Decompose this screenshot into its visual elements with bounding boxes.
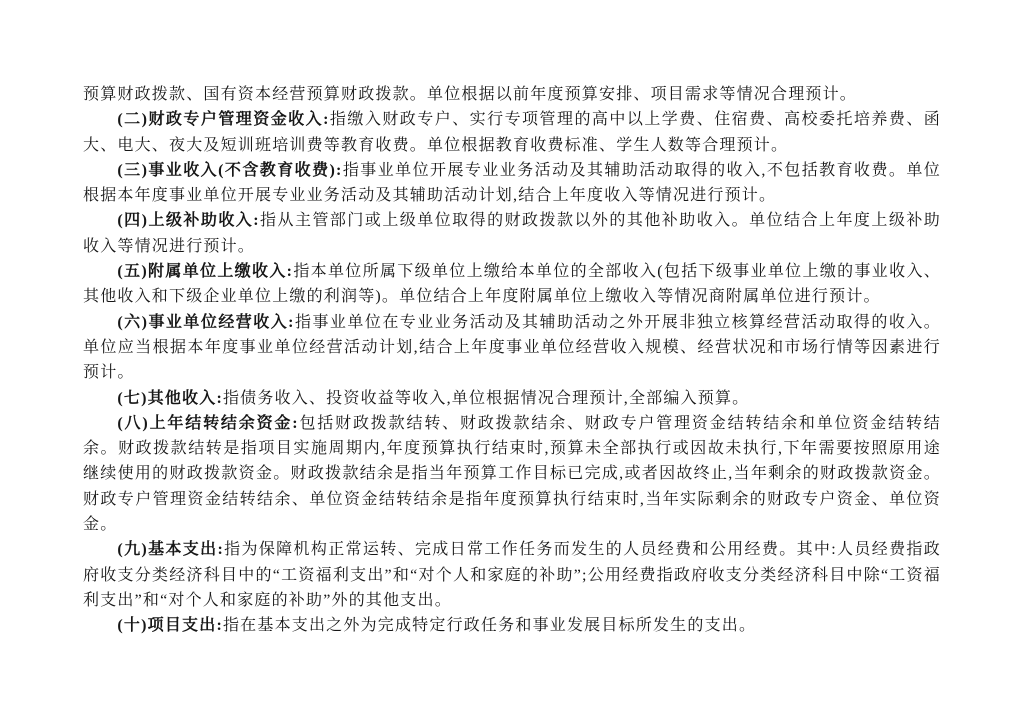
- paragraph-lead: (二)财政专户管理资金收入:: [117, 111, 329, 128]
- paragraph-body: 包括财政拨款结转、财政拨款结余、财政专户管理资金结转结余和单位资金结转结余。财政…: [83, 415, 941, 533]
- paragraph-item-6: (六)事业单位经营收入:指事业单位在专业业务活动及其辅助活动之外开展非独立核算经…: [83, 310, 941, 386]
- paragraph-item-8: (八)上年结转结余资金:包括财政拨款结转、财政拨款结余、财政专户管理资金结转结余…: [83, 411, 941, 537]
- paragraph-lead: (七)其他收入:: [117, 390, 223, 407]
- paragraph-item-4: (四)上级补助收入:指从主管部门或上级单位取得的财政拨款以外的其他补助收入。单位…: [83, 208, 941, 259]
- paragraph-lead: (四)上级补助收入:: [117, 212, 259, 229]
- paragraph-lead: (六)事业单位经营收入:: [117, 314, 294, 331]
- document-page: 预算财政拨款、国有资本经营预算财政拨款。单位根据以前年度预算安排、项目需求等情况…: [83, 82, 941, 639]
- paragraph-lead: (九)基本支出:: [117, 541, 224, 558]
- paragraph-body: 预算财政拨款、国有资本经营预算财政拨款。单位根据以前年度预算安排、项目需求等情况…: [83, 86, 857, 103]
- paragraph-item-3: (三)事业收入(不含教育收费):指事业单位开展专业业务活动及其辅助活动取得的收入…: [83, 158, 941, 209]
- paragraph-body: 指在基本支出之外为完成特定行政任务和事业发展目标所发生的支出。: [223, 617, 756, 634]
- paragraph-item-10: (十)项目支出:指在基本支出之外为完成特定行政任务和事业发展目标所发生的支出。: [83, 613, 941, 638]
- paragraph-body: 指债务收入、投资收益等收入,单位根据情况合理预计,全部编入预算。: [223, 390, 749, 407]
- paragraph-item-7: (七)其他收入:指债务收入、投资收益等收入,单位根据情况合理预计,全部编入预算。: [83, 386, 941, 411]
- paragraph-continuation: 预算财政拨款、国有资本经营预算财政拨款。单位根据以前年度预算安排、项目需求等情况…: [83, 82, 941, 107]
- paragraph-lead: (三)事业收入(不含教育收费):: [117, 162, 342, 179]
- paragraph-lead: (五)附属单位上缴收入:: [117, 263, 293, 280]
- paragraph-item-9: (九)基本支出:指为保障机构正常运转、完成日常工作任务而发生的人员经费和公用经费…: [83, 537, 941, 613]
- paragraph-item-5: (五)附属单位上缴收入:指本单位所属下级单位上缴给本单位的全部收入(包括下级事业…: [83, 259, 941, 310]
- paragraph-lead: (八)上年结转结余资金:: [117, 415, 298, 432]
- paragraph-lead: (十)项目支出:: [117, 617, 223, 634]
- paragraph-item-2: (二)财政专户管理资金收入:指缴入财政专户、实行专项管理的高中以上学费、住宿费、…: [83, 107, 941, 158]
